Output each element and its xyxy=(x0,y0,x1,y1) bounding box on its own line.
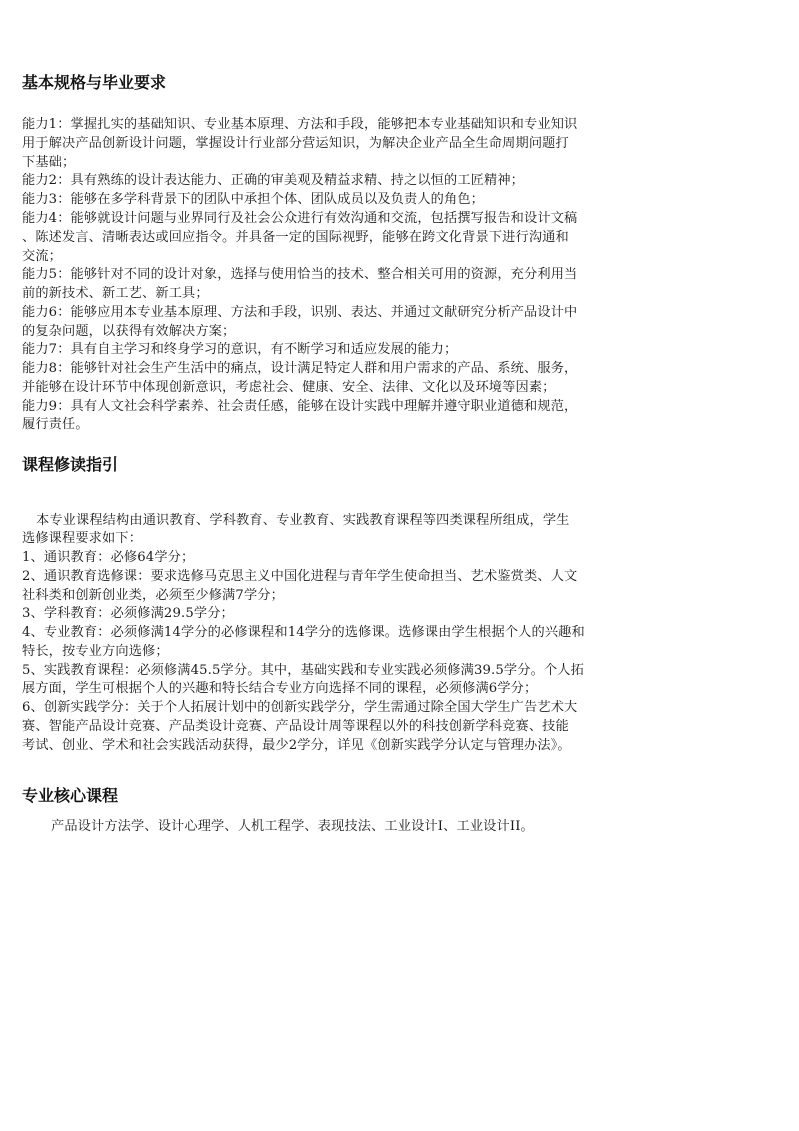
text-line: 能力4：能够就设计问题与业界同行及社会公众进行有效沟通和交流，包括撰写报告和设计… xyxy=(22,210,577,229)
text-line: 选修课程要求如下： xyxy=(22,530,142,549)
text-line: 交流； xyxy=(22,248,62,267)
text-line: 3、学科教育：必须修满29.5学分； xyxy=(22,605,234,624)
section-heading: 课程修读指引 xyxy=(22,455,118,475)
section-heading: 专业核心课程 xyxy=(22,786,118,806)
text-line: 能力1：掌握扎实的基础知识、专业基本原理、方法和手段，能够把本专业基础知识和专业… xyxy=(22,116,577,135)
text-line: 展方面，学生可根据个人的兴趣和特长结合专业方向选择不同的课程，必须修满6学分； xyxy=(22,680,537,699)
text-line: 并能够在设计环节中体现创新意识，考虑社会、健康、安全、法律、文化以及环境等因素； xyxy=(22,379,556,398)
text-line: 5、实践教育课程：必须修满45.5学分。其中，基础实践和专业实践必须修满39.5… xyxy=(22,662,584,681)
text-line: 社科类和创新创业类，必须至少修满7学分； xyxy=(22,587,284,606)
text-line: 2、通识教育选修课：要求选修马克思主义中国化进程与青年学生使命担当、艺术鉴赏类、… xyxy=(22,568,577,587)
text-line: 6、创新实践学分：关于个人拓展计划中的创新实践学分，学生需通过除全国大学生广告艺… xyxy=(22,699,577,718)
text-line: 用于解决产品创新设计问题，掌握设计行业部分营运知识，为解决企业产品全生命周期问题… xyxy=(22,135,569,154)
text-line: 能力5：能够针对不同的设计对象，选择与使用恰当的技术、整合相关可用的资源，充分利… xyxy=(22,266,577,285)
text-line: 能力9：具有人文社会科学素养、社会责任感，能够在设计实践中理解并遵守职业道德和规… xyxy=(22,398,577,417)
text-line: 特长，按专业方向选修； xyxy=(22,643,169,662)
text-line: 下基础； xyxy=(22,154,75,173)
text-line: 赛、智能产品设计竞赛、产品类设计竞赛、产品设计周等课程以外的科技创新学科竞赛、技… xyxy=(22,718,569,737)
text-line: 产品设计方法学、设计心理学、人机工程学、表现技法、工业设计I、工业设计II。 xyxy=(51,818,534,837)
text-line: 能力6：能够应用本专业基本原理、方法和手段，识别、表达、并通过文献研究分析产品设… xyxy=(22,304,577,323)
text-line: 能力8：能够针对社会生产生活中的痛点，设计满足特定人群和用户需求的产品、系统、服… xyxy=(22,360,577,379)
text-line: 能力7：具有自主学习和终身学习的意识，有不断学习和适应发展的能力； xyxy=(22,341,457,360)
text-line: 、陈述发言、清晰表达或回应指令。并具备一定的国际视野，能够在跨文化背景下进行沟通… xyxy=(22,229,569,248)
text-line: 的复杂问题，以获得有效解决方案； xyxy=(22,323,235,342)
text-line: 1、通识教育：必修64学分； xyxy=(22,549,194,568)
text-line: 本专业课程结构由通识教育、学科教育、专业教育、实践教育课程等四类课程所组成，学生 xyxy=(36,512,570,531)
text-line: 4、专业教育：必须修满14学分的必修课程和14学分的选修课。选修课由学生根据个人… xyxy=(22,624,585,643)
text-line: 考试、创业、学术和社会实践活动获得，最少2学分，详见《创新实践学分认定与管理办法… xyxy=(22,737,571,756)
text-line: 履行责任。 xyxy=(22,416,89,435)
text-line: 能力2：具有熟练的设计表达能力、正确的审美观及精益求精、持之以恒的工匠精神； xyxy=(22,172,524,191)
section-heading: 基本规格与毕业要求 xyxy=(22,73,166,93)
text-line: 前的新技术、新工艺、新工具； xyxy=(22,285,209,304)
text-line: 能力3：能够在多学科背景下的团队中承担个体、团队成员以及负责人的角色； xyxy=(22,191,484,210)
